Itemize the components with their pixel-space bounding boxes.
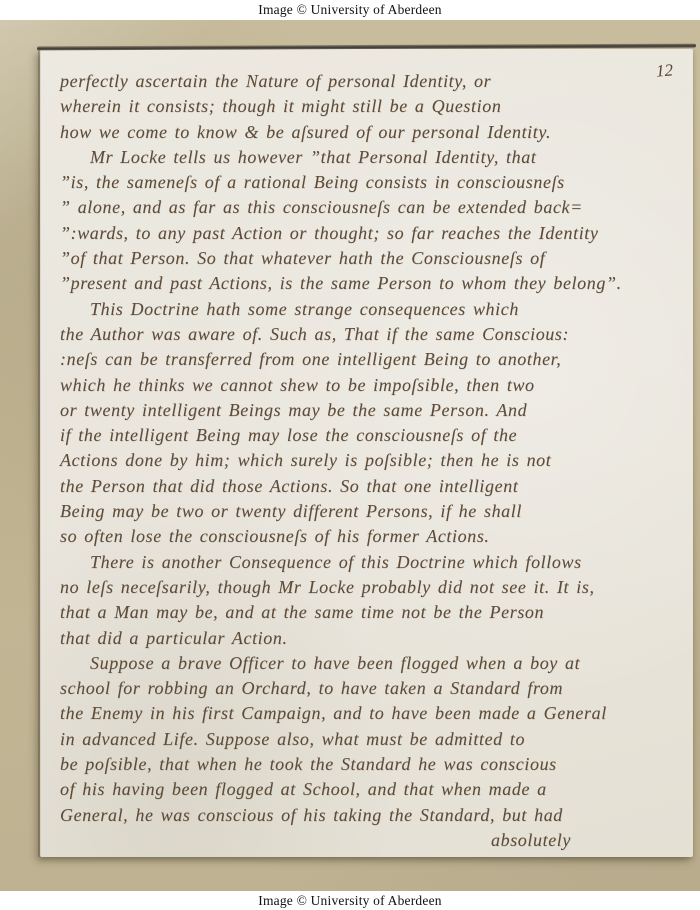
manuscript-line: how we come to know & be aſsured of our … — [60, 120, 687, 145]
manuscript-line: ”is, the sameneſs of a rational Being co… — [60, 170, 687, 195]
manuscript-line: Being may be two or twenty different Per… — [60, 499, 687, 524]
manuscript-line: that did a particular Action. — [60, 626, 687, 651]
copyright-footer: Image © University of Aberdeen — [0, 891, 700, 910]
copyright-header: Image © University of Aberdeen — [0, 0, 700, 20]
page-left-edge — [38, 49, 41, 857]
manuscript-line: :neſs can be transferred from one intell… — [60, 347, 687, 372]
manuscript-page: 12 perfectly ascertain the Nature of per… — [40, 49, 693, 857]
manuscript-line: the Person that did those Actions. So th… — [60, 474, 687, 499]
manuscript-line: General, he was conscious of his taking … — [60, 803, 687, 828]
manuscript-line: This Doctrine hath some strange conseque… — [60, 297, 687, 322]
manuscript-line: in advanced Life. Suppose also, what mus… — [60, 727, 687, 752]
manuscript-line: ”:wards, to any past Action or thought; … — [60, 221, 687, 246]
manuscript-line: perfectly ascertain the Nature of person… — [60, 69, 687, 94]
manuscript-line: Suppose a brave Officer to have been flo… — [60, 651, 687, 676]
manuscript-line: if the intelligent Being may lose the co… — [60, 423, 687, 448]
manuscript-line: the Enemy in his first Campaign, and to … — [60, 701, 687, 726]
manuscript-line: or twenty intelligent Beings may be the … — [60, 398, 687, 423]
manuscript-line: school for robbing an Orchard, to have t… — [60, 676, 687, 701]
manuscript-text-block: perfectly ascertain the Nature of person… — [60, 69, 687, 853]
manuscript-line: no leſs neceſsarily, though Mr Locke pro… — [60, 575, 687, 600]
manuscript-line: which he thinks we cannot shew to be imp… — [60, 373, 687, 398]
manuscript-line: that a Man may be, and at the same time … — [60, 600, 687, 625]
scanned-manuscript-viewer: Image © University of Aberdeen 12 perfec… — [0, 0, 700, 910]
manuscript-line: ”of that Person. So that whatever hath t… — [60, 246, 687, 271]
manuscript-line: Mr Locke tells us however ”that Personal… — [60, 145, 687, 170]
manuscript-line: Actions done by him; which surely is poſ… — [60, 448, 687, 473]
manuscript-line: of his having been flogged at School, an… — [60, 777, 687, 802]
manuscript-line: the Author was aware of. Such as, That i… — [60, 322, 687, 347]
manuscript-line: so often lose the consciousneſs of his f… — [60, 524, 687, 549]
catchword: absolutely — [60, 828, 687, 853]
copyright-footer-text: Image © University of Aberdeen — [258, 893, 441, 909]
manuscript-line: be poſsible, that when he took the Stand… — [60, 752, 687, 777]
manuscript-line: There is another Consequence of this Doc… — [60, 550, 687, 575]
manuscript-line: wherein it consists; though it might sti… — [60, 94, 687, 119]
manuscript-line: ”present and past Actions, is the same P… — [60, 271, 687, 296]
copyright-header-text: Image © University of Aberdeen — [258, 2, 441, 18]
manuscript-line: ” alone, and as far as this consciousneſ… — [60, 195, 687, 220]
